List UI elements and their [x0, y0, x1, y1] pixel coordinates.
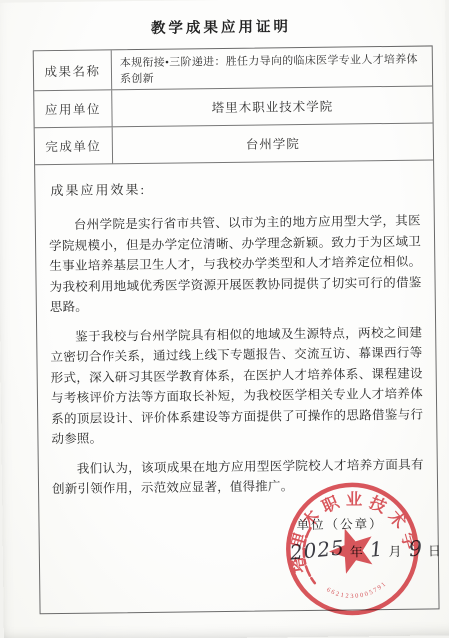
- completing-unit-value: 台州学院: [113, 123, 433, 163]
- scanned-document: 教学成果应用证明 成果名称 本规衔接•三阶递进：胜任力导向的临床医学专业人才培养…: [0, 0, 449, 638]
- handwritten-year: 2025: [289, 535, 346, 564]
- day-suffix: 日: [428, 540, 441, 559]
- section-label: 成果应用效果:: [50, 176, 420, 200]
- application-effect-section: 成果应用效果: 台州学院是实行省市共管、以市为主的地方应用型大学，其医学院规模小…: [35, 160, 438, 613]
- date-line: 2025 年 1 月 9 日: [290, 536, 448, 562]
- month-suffix: 月: [388, 541, 401, 560]
- certificate-table: 成果名称 本规衔接•三阶递进：胜任力导向的临床医学专业人才培养体系创新 应用单位…: [33, 45, 440, 614]
- year-suffix: 年: [350, 541, 363, 560]
- table-row: 完成单位 台州学院: [35, 123, 433, 165]
- row-label-achievement-name: 成果名称: [34, 50, 112, 90]
- applying-unit-value: 塔里木职业技术学院: [112, 86, 432, 126]
- table-row: 应用单位 塔里木职业技术学院: [34, 86, 432, 128]
- unit-seal-label: 单位（公章）: [296, 514, 383, 533]
- body-paragraph: 台州学院是实行省市共管、以市为主的地方应用型大学，其医学院规模小，但是办学定位清…: [49, 211, 422, 318]
- achievement-name-value: 本规衔接•三阶递进：胜任力导向的临床医学专业人才培养体系创新: [112, 46, 432, 89]
- body-paragraph: 我们认为，该项成果在地方应用型医学院校人才培养方面具有创新引领作用，示范效应显著…: [52, 454, 424, 500]
- row-label-applying-unit: 应用单位: [34, 90, 112, 127]
- body-paragraph: 鉴于我校与台州学院具有相似的地域及生源特点，两校之间建立密切合作关系，通过线上线…: [50, 322, 423, 450]
- seal-number: 6621230005791: [324, 574, 390, 606]
- handwritten-month: 1: [369, 537, 385, 562]
- table-row: 成果名称 本规衔接•三阶递进：胜任力导向的临床医学专业人才培养体系创新: [34, 46, 432, 91]
- handwritten-day: 9: [407, 536, 424, 561]
- paper-sheet: 教学成果应用证明 成果名称 本规衔接•三阶递进：胜任力导向的临床医学专业人才培养…: [0, 0, 449, 638]
- row-label-completing-unit: 完成单位: [35, 127, 113, 164]
- page-title: 教学成果应用证明: [0, 13, 446, 39]
